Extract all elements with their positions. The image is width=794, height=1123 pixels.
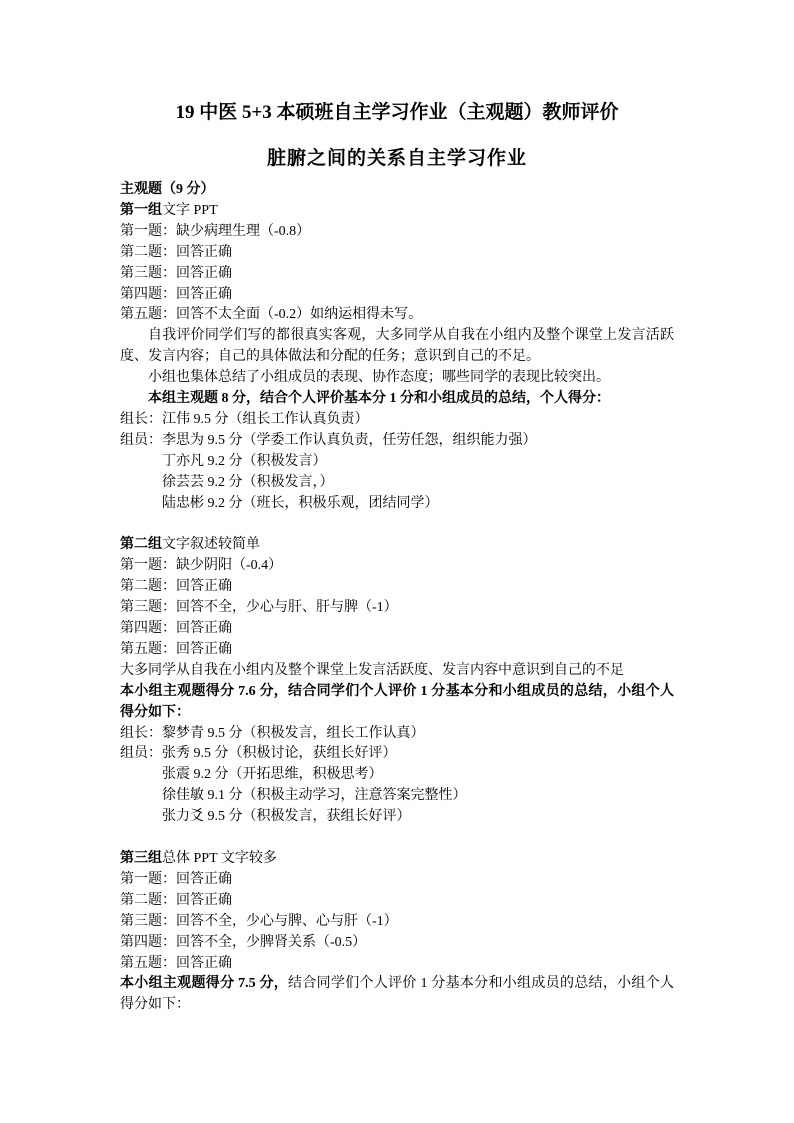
group-1-comment-2: 小组也集体总结了小组成员的表现、协作态度；哪些同学的表现比较突出。	[120, 368, 674, 389]
section-heading: 主观题（9 分）	[120, 180, 674, 201]
group-2-question-4: 第四题：回答正确	[120, 619, 674, 640]
group-3-heading: 第三组总体 PPT 文字较多	[120, 849, 674, 870]
group-2-question-1: 第一题：缺少阴阳（-0.4）	[120, 556, 674, 577]
group-3-label: 第三组	[120, 851, 162, 866]
group-1-question-4: 第四题：回答正确	[120, 285, 674, 306]
group-1-question-5: 第五题：回答不太全面（-0.2）如纳运相得未写。	[120, 305, 674, 326]
doc-body: 主观题（9 分） 第一组文字 PPT 第一题：缺少病理生理（-0.8） 第二题：…	[120, 180, 674, 1016]
group-1-member-1: 组员：李思为 9.5 分（学委工作认真负责，任劳任怨，组织能力强）	[120, 431, 674, 452]
group-1-member-leader: 组长：江伟 9.5 分（组长工作认真负责）	[120, 410, 674, 431]
group-2-question-5: 第五题：回答正确	[120, 640, 674, 661]
group-1-member-2: 丁亦凡 9.2 分（积极发言）	[120, 452, 674, 473]
group-3: 第三组总体 PPT 文字较多 第一题：回答正确 第二题：回答正确 第三题：回答不…	[120, 849, 674, 1016]
group-2: 第二组文字叙述较简单 第一题：缺少阴阳（-0.4） 第二题：回答正确 第三题：回…	[120, 535, 674, 828]
group-2-member-leader: 组长：黎梦青 9.5 分（积极发言，组长工作认真）	[120, 724, 674, 745]
group-2-question-3: 第三题：回答不全，少心与肝、肝与脾（-1）	[120, 598, 674, 619]
group-3-question-4: 第四题：回答不全，少脾肾关系（-0.5）	[120, 933, 674, 954]
group-3-question-5: 第五题：回答正确	[120, 954, 674, 975]
group-3-note: 总体 PPT 文字较多	[162, 851, 277, 866]
doc-title: 19 中医 5+3 本硕班自主学习作业（主观题）教师评价	[120, 98, 674, 128]
group-3-summary: 本小组主观题得分 7.5 分，结合同学们个人评价 1 分基本分和小组成员的总结，…	[120, 974, 674, 1016]
group-2-summary: 本小组主观题得分 7.6 分，结合同学们个人评价 1 分基本分和小组成员的总结，…	[120, 682, 674, 724]
group-1-question-1: 第一题：缺少病理生理（-0.8）	[120, 222, 674, 243]
group-3-question-3: 第三题：回答不全，少心与脾、心与肝（-1）	[120, 912, 674, 933]
group-1-note: 文字 PPT	[162, 203, 218, 218]
group-1-heading: 第一组文字 PPT	[120, 201, 674, 222]
group-2-label: 第二组	[120, 537, 162, 552]
group-2-member-4: 张力爻 9.5 分（积极发言，获组长好评）	[120, 807, 674, 828]
group-2-member-3: 徐佳敏 9.1 分（积极主动学习，注意答案完整性）	[120, 786, 674, 807]
group-2-member-2: 张震 9.2 分（开拓思维，积极思考）	[120, 765, 674, 786]
group-1-comment-1: 自我评价同学们写的都很真实客观，大多同学从自我在小组内及整个课堂上发言活跃度、发…	[120, 326, 674, 368]
group-1-summary: 本组主观题 8 分，结合个人评价基本分 1 分和小组成员的总结，个人得分：	[120, 389, 674, 410]
group-2-heading: 第二组文字叙述较简单	[120, 535, 674, 556]
group-3-question-1: 第一题：回答正确	[120, 870, 674, 891]
group-2-comment-1: 大多同学从自我在小组内及整个课堂上发言活跃度、发言内容中意识到自己的不足	[120, 661, 674, 682]
group-1-member-4: 陆忠彬 9.2 分（班长，积极乐观，团结同学）	[120, 494, 674, 515]
group-1-question-3: 第三题：回答正确	[120, 264, 674, 285]
group-2-question-2: 第二题：回答正确	[120, 577, 674, 598]
group-1-question-2: 第二题：回答正确	[120, 243, 674, 264]
group-3-question-2: 第二题：回答正确	[120, 891, 674, 912]
group-3-summary-bold: 本小组主观题得分 7.5 分，	[120, 976, 288, 991]
document-page: 19 中医 5+3 本硕班自主学习作业（主观题）教师评价 脏腑之间的关系自主学习…	[0, 0, 794, 1123]
group-2-note: 文字叙述较简单	[162, 537, 260, 552]
group-1-member-3: 徐芸芸 9.2 分（积极发言，）	[120, 473, 674, 494]
group-1-label: 第一组	[120, 203, 162, 218]
doc-subtitle: 脏腑之间的关系自主学习作业	[120, 144, 674, 174]
group-1: 第一组文字 PPT 第一题：缺少病理生理（-0.8） 第二题：回答正确 第三题：…	[120, 201, 674, 515]
group-2-member-1: 组员：张秀 9.5 分（积极讨论，获组长好评）	[120, 744, 674, 765]
